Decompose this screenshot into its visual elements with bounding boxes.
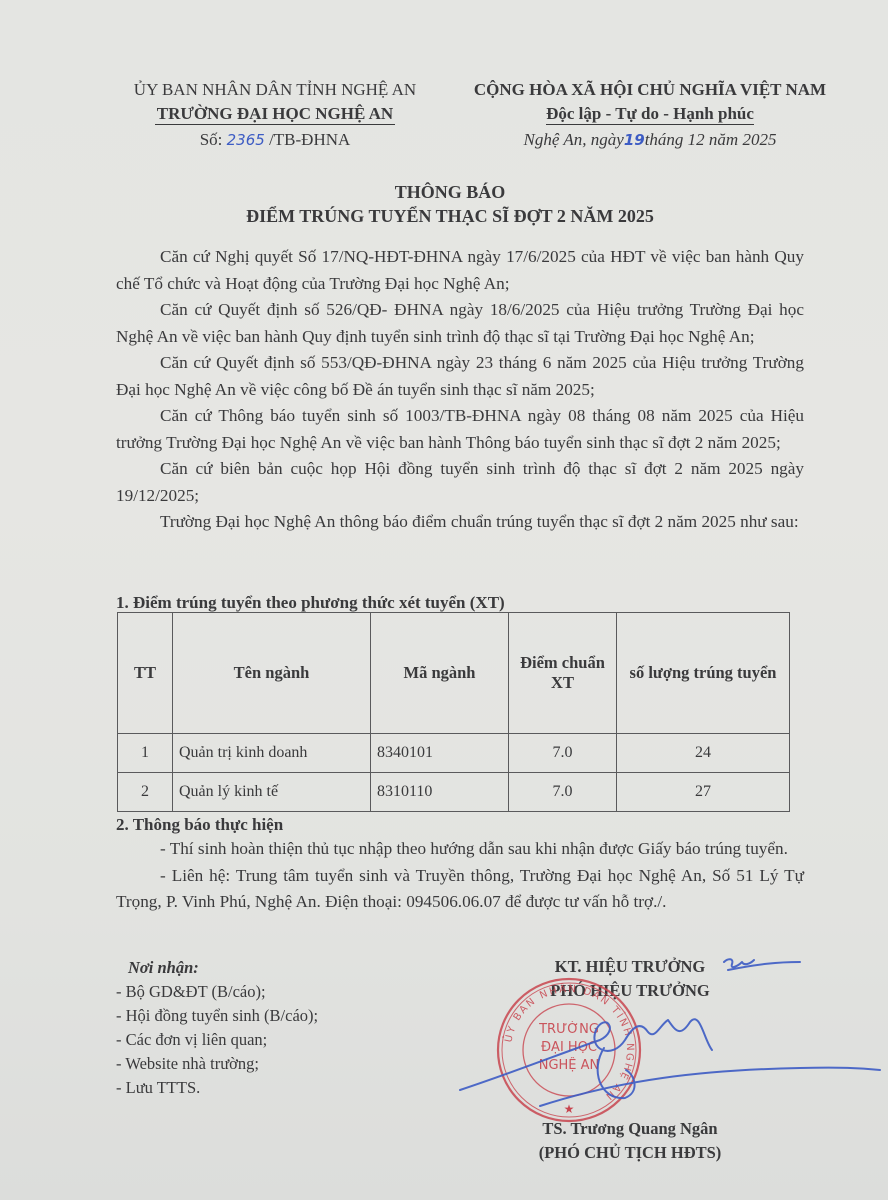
header-left: ỦY BAN NHÂN DÂN TỈNH NGHỆ AN TRƯỜNG ĐẠI … xyxy=(100,78,450,152)
svg-text:ĐẠI HỌC: ĐẠI HỌC xyxy=(541,1040,597,1055)
svg-text:TRƯỜNG: TRƯỜNG xyxy=(538,1021,599,1037)
basis-2: Căn cứ Quyết định số 526/QĐ- ĐHNA ngày 1… xyxy=(116,297,804,350)
table-row: 1 Quản trị kinh doanh 8340101 7.0 24 xyxy=(118,734,790,773)
signer-role: (PHÓ CHỦ TỊCH HĐTS) xyxy=(480,1141,780,1165)
svg-text:★: ★ xyxy=(564,1102,575,1116)
announcement-intro: Trường Đại học Nghệ An thông báo điểm ch… xyxy=(116,509,804,536)
institution-name: TRƯỜNG ĐẠI HỌC NGHỆ AN xyxy=(100,102,450,126)
cell-major-code: 8310110 xyxy=(371,773,509,812)
date-prefix: Nghệ An, ngày xyxy=(524,130,624,149)
document-title: THÔNG BÁO ĐIỂM TRÚNG TUYỂN THẠC SĨ ĐỢT 2… xyxy=(150,180,750,228)
authority-name: ỦY BAN NHÂN DÂN TỈNH NGHỆ AN xyxy=(100,78,450,102)
section-2-items: - Thí sinh hoàn thiện thủ tục nhập theo … xyxy=(116,836,804,916)
date-suffix: tháng 12 năm 2025 xyxy=(645,130,777,149)
recipient-item: - Lưu TTTS. xyxy=(116,1076,318,1100)
contact-item: - Liên hệ: Trung tâm tuyển sinh và Truyề… xyxy=(116,863,804,916)
title-line-2: ĐIỂM TRÚNG TUYỂN THẠC SĨ ĐỢT 2 NĂM 2025 xyxy=(150,204,750,228)
cell-tt: 2 xyxy=(118,773,173,812)
basis-1: Căn cứ Nghị quyết Số 17/NQ-HĐT-ĐHNA ngày… xyxy=(116,244,804,297)
cell-major-name: Quản lý kinh tế xyxy=(173,773,371,812)
date-day-handwritten: 19 xyxy=(624,131,645,149)
section-2-heading: 2. Thông báo thực hiện xyxy=(116,814,283,836)
basis-4: Căn cứ Thông báo tuyển sinh số 1003/TB-Đ… xyxy=(116,403,804,456)
cell-major-code: 8340101 xyxy=(371,734,509,773)
title-line-1: THÔNG BÁO xyxy=(150,180,750,204)
recipients-block: Nơi nhận: - Bộ GD&ĐT (B/cáo); - Hội đồng… xyxy=(116,956,318,1100)
cell-cutoff-score: 7.0 xyxy=(509,773,617,812)
section-1-heading: 1. Điểm trúng tuyển theo phương thức xét… xyxy=(116,592,505,614)
admission-score-table: TT Tên ngành Mã ngành Điểm chuẩn XT số l… xyxy=(117,612,790,812)
table-row: 2 Quản lý kinh tế 8310110 7.0 27 xyxy=(118,773,790,812)
cell-cutoff-score: 7.0 xyxy=(509,734,617,773)
instruction-item: - Thí sinh hoàn thiện thủ tục nhập theo … xyxy=(116,836,804,863)
cell-admitted-count: 27 xyxy=(617,773,790,812)
number-handwritten: 2365 xyxy=(227,131,265,149)
col-header-cutoff-score: Điểm chuẩn XT xyxy=(509,613,617,734)
col-header-major-name: Tên ngành xyxy=(173,613,371,734)
recipient-item: - Website nhà trường; xyxy=(116,1052,318,1076)
document-date: Nghệ An, ngày19tháng 12 năm 2025 xyxy=(440,128,860,152)
cell-major-name: Quản trị kinh doanh xyxy=(173,734,371,773)
number-label: Số: xyxy=(200,130,223,149)
document-number: Số: 2365 /TB-ĐHNA xyxy=(100,128,450,152)
table-header-row: TT Tên ngành Mã ngành Điểm chuẩn XT số l… xyxy=(118,613,790,734)
header-right: CỘNG HÒA XÃ HỘI CHỦ NGHĨA VIỆT NAM Độc l… xyxy=(440,78,860,152)
svg-text:NGHỆ AN: NGHỆ AN xyxy=(539,1057,600,1073)
basis-3: Căn cứ Quyết định số 553/QĐ-ĐHNA ngày 23… xyxy=(116,350,804,403)
cell-admitted-count: 24 xyxy=(617,734,790,773)
official-stamp-icon: ỦY BAN NHÂN DÂN TỈNH NGHỆ AN TRƯỜNG ĐẠI … xyxy=(494,975,644,1125)
col-header-tt: TT xyxy=(118,613,173,734)
motto-text: Độc lập - Tự do - Hạnh phúc xyxy=(546,104,754,125)
recipient-item: - Các đơn vị liên quan; xyxy=(116,1028,318,1052)
basis-5: Căn cứ biên bản cuộc họp Hội đồng tuyển … xyxy=(116,456,804,509)
legal-bases: Căn cứ Nghị quyết Số 17/NQ-HĐT-ĐHNA ngày… xyxy=(116,244,804,536)
col-header-admitted-count: số lượng trúng tuyển xyxy=(617,613,790,734)
recipient-item: - Hội đồng tuyển sinh (B/cáo); xyxy=(116,1004,318,1028)
motto: Độc lập - Tự do - Hạnh phúc xyxy=(440,102,860,126)
nation-name: CỘNG HÒA XÃ HỘI CHỦ NGHĨA VIỆT NAM xyxy=(440,78,860,102)
recipients-heading: Nơi nhận: xyxy=(116,956,318,980)
cell-tt: 1 xyxy=(118,734,173,773)
recipient-item: - Bộ GD&ĐT (B/cáo); xyxy=(116,980,318,1004)
institution-name-text: TRƯỜNG ĐẠI HỌC NGHỆ AN xyxy=(155,104,395,125)
number-suffix: /TB-ĐHNA xyxy=(269,130,350,149)
col-header-major-code: Mã ngành xyxy=(371,613,509,734)
